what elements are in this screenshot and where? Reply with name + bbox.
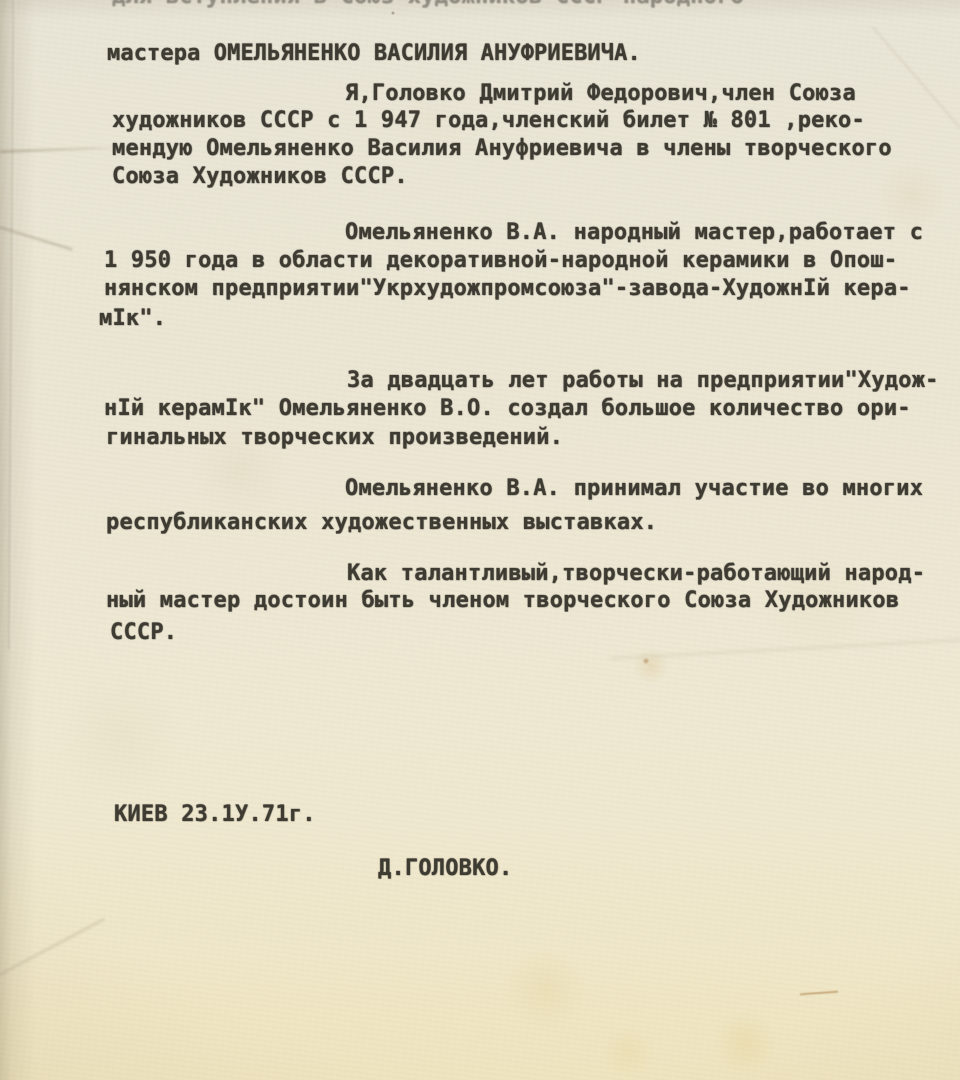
document-line-10: мIк". bbox=[99, 306, 166, 332]
document-line-2: мастера ОМЕЛЬЯНЕНКО ВАСИЛИЯ АНУФРИЕВИЧА. bbox=[107, 41, 641, 67]
document-line-20: Д.ГОЛОВКО. bbox=[378, 856, 512, 882]
document-line-16: Как талантливый,творчески-работающий нар… bbox=[347, 561, 925, 587]
document-line-8: 1 950 года в области декоративной-народн… bbox=[104, 248, 897, 274]
typewritten-text-layer: для вступления в Союз художников СССР на… bbox=[0, 0, 960, 1080]
document-line-11: За двадцать лет работы на предприятии"Ху… bbox=[347, 368, 939, 394]
document-line-6: Союза Художников СССР. bbox=[112, 164, 408, 190]
document-line-19: КИЕВ 23.1У.71г. bbox=[114, 802, 316, 828]
document-line-5: мендую Омельяненко Василия Ануфриевича в… bbox=[112, 136, 892, 162]
document-line-14: Омельяненко В.А. принимал участие во мно… bbox=[345, 476, 923, 502]
document-line-12: нIй керамIк" Омельяненко В.О. создал бол… bbox=[104, 396, 911, 422]
document-line-15: республиканских художественных выставках… bbox=[106, 510, 657, 536]
document-line-9: нянском предприятии"Укрхудожпромсоюза"-з… bbox=[104, 276, 911, 302]
document-line-13: гинальных творческих произведений. bbox=[106, 425, 563, 451]
document-line-4: художников СССР с 1 947 года,членский би… bbox=[112, 108, 865, 134]
document-line-18: СССР. bbox=[110, 620, 177, 646]
document-page: для вступления в Союз художников СССР на… bbox=[0, 0, 960, 1080]
document-line-1: для вступления в Союз художников СССР на… bbox=[112, 0, 744, 10]
document-line-7: Омельяненко В.А. народный мастер,работае… bbox=[345, 220, 923, 246]
document-line-3: Я,Головко Дмитрий Федорович,член Союза bbox=[345, 81, 856, 107]
document-line-17: ный мастер достоин быть членом творческо… bbox=[106, 588, 899, 614]
